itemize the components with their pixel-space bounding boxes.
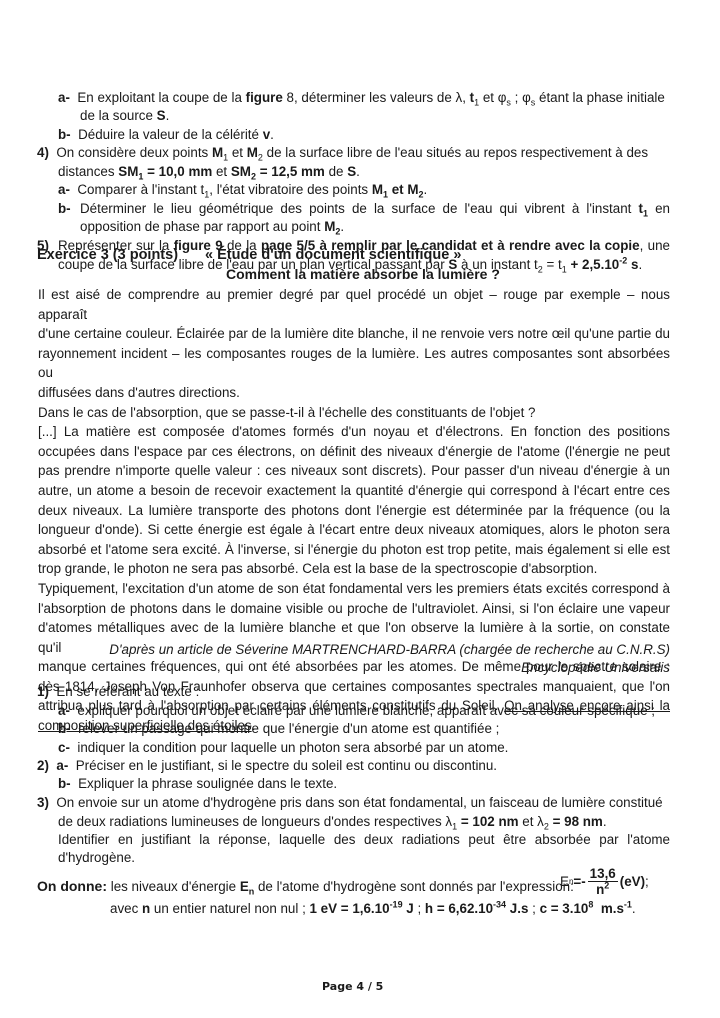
sm2: SM [231, 164, 251, 179]
q3a-text: 8, déterminer les valeurs de λ, [283, 90, 470, 105]
point-m2: et M [388, 182, 419, 197]
sm2-value: = 12,5 mm [256, 164, 325, 179]
q4b-line2: opposition de phase par rapport au point… [80, 219, 344, 234]
punct: . [632, 901, 636, 916]
paragraph2-line: absorbé et l'atome sera excité. À l'inve… [38, 540, 670, 560]
source-s: S [347, 164, 356, 179]
exercise3-title: « Étude d'un document scientifique » [205, 247, 461, 263]
q1b-label: b- [58, 721, 71, 736]
source-encyclopedia: Encyclopédie Universalis [521, 660, 670, 675]
paragraph2-line: deux niveaux. La lumière transporte des … [38, 501, 670, 521]
paragraph2-line: occupées dans l'espace par ces électrons… [38, 442, 670, 462]
q4-label: 4) [37, 145, 49, 160]
lambda2-value: = 98 nm [549, 814, 603, 829]
numerator: 13,6 [588, 866, 618, 882]
q3-line2: de deux radiations lumineuses de longueu… [58, 814, 607, 829]
punct: . [638, 257, 642, 272]
q1-label: 1) [37, 684, 49, 699]
given-text: avec [110, 901, 142, 916]
q4b-label: b- [58, 201, 80, 216]
q3a-line1: a- En exploitant la coupe de la figure 8… [58, 90, 665, 105]
q3b-label: b- [58, 127, 71, 142]
q2b-label: b- [58, 776, 71, 791]
given-text: un entier naturel non nul ; [150, 901, 309, 916]
paragraph2-line: pas prendre n'importe quelle valeur : ce… [38, 461, 670, 481]
q5-text: = t [543, 257, 562, 272]
ev-constant: 1 eV = 1,6.10 [310, 901, 390, 916]
sep: ; [528, 901, 539, 916]
q3-line3: Identifier en justifiant la réponse, laq… [58, 832, 670, 847]
q3-text: et λ [519, 814, 544, 829]
given-text: de l'atome d'hydrogène sont donnés par l… [254, 879, 574, 894]
q4a-line: a- Comparer à l'instant t1, l'état vibra… [58, 182, 427, 197]
q4-text: et [212, 164, 231, 179]
punct: . [166, 108, 170, 123]
sup: -34 [493, 900, 506, 910]
q4-text: distances [58, 164, 118, 179]
formula-lhs: E [560, 874, 569, 889]
q4-line2: distances SM1 = 10,0 mm et SM2 = 12,5 mm… [58, 164, 360, 179]
q3-label: 3) [37, 795, 49, 810]
n-var: n [142, 901, 150, 916]
formula-eq: =- [573, 874, 585, 889]
q3-line4: d'hydrogène. [58, 850, 135, 865]
q1-text: En se référant au texte : [56, 684, 199, 699]
paragraph1-line: d'une certaine couleur. Éclairée par de … [38, 324, 670, 344]
energy-formula: En =- 13,6 n2 (eV) ; [560, 866, 649, 897]
unit: J [403, 901, 414, 916]
exercise3-heading: Exercice 3 (3 points) [37, 247, 178, 263]
q1c-label: c- [58, 740, 70, 755]
q4-line1: 4) On considère deux points M1 et M2 de … [37, 145, 648, 160]
q3a-text: En exploitant la coupe de la [77, 90, 245, 105]
paragraph2-line: [...] La matière est composée d'atomes f… [38, 422, 670, 442]
paragraph1-line: diffusées dans d'autres directions. [38, 383, 670, 403]
q4b-text: Déterminer le lieu géométrique des point… [80, 201, 638, 216]
q1-line: 1) En se référant au texte : [37, 684, 199, 699]
q2b-line: b- Expliquer la phrase soulignée dans le… [58, 776, 337, 791]
q2-label: 2) [37, 758, 49, 773]
point-m1: M [212, 145, 223, 160]
q4b-text: en [648, 201, 670, 216]
punct: . [424, 182, 428, 197]
given-line1: On donne: les niveaux d'énergie En de l'… [37, 878, 574, 894]
q3a-line2: de la source S. [80, 108, 169, 123]
q3a-label: a- [58, 90, 70, 105]
paragraph2-line: autre, un atome a besoin de recevoir exa… [38, 481, 670, 501]
source-s: S [157, 108, 166, 123]
q4b-text-line1: Déterminer le lieu géométrique des point… [80, 201, 670, 216]
q4b-line1: b- Déterminer le lieu géométrique des po… [58, 201, 670, 216]
punct: . [356, 164, 360, 179]
paragraph1-line: Il est aisé de comprendre au premier deg… [38, 285, 670, 324]
formula-unit: (eV) [620, 874, 645, 889]
q3-text: Identifier en justifiant la réponse, laq… [58, 832, 670, 847]
q2b-text: Expliquer la phrase soulignée dans le te… [78, 776, 337, 791]
denominator: n2 [596, 882, 609, 897]
q3-text: On envoie sur un atome d'hydrogène pris … [56, 795, 662, 810]
unit-s: s [627, 257, 638, 272]
q4a-label: a- [58, 182, 70, 197]
paragraph3-line: Typiquement, l'excitation d'un atome de … [38, 579, 670, 599]
q1b-line: b- relever un passage qui montre que l'é… [58, 721, 499, 736]
paragraph3-line: l'absorption de photons dans le domaine … [38, 599, 670, 619]
q1a-text: expliquer pourquoi un objet éclairé par … [77, 703, 655, 718]
lambda1-value: = 102 nm [457, 814, 518, 829]
source-citation: D'après un article de Séverine MARTRENCH… [109, 642, 670, 657]
q3a-text: étant la phase initiale [535, 90, 665, 105]
planck-constant: h = 6,62.10 [425, 901, 493, 916]
q3-text: de deux radiations lumineuses de longueu… [58, 814, 452, 829]
unit: m.s [593, 901, 624, 916]
q1c-line: c- indiquer la condition pour laquelle u… [58, 740, 508, 755]
paragraph2-line: longueur d'onde). Si cette énergie est é… [38, 520, 670, 540]
point-m1: M [372, 182, 383, 197]
point-m2: M [247, 145, 258, 160]
sup: 2 [604, 881, 609, 891]
sup: -1 [624, 900, 632, 910]
q3b-line: b- Déduire la valeur de la célérité v. [58, 127, 274, 142]
q2a-line: 2) a- Préciser en le justifiant, si le s… [37, 758, 497, 773]
q4a-text: , l'état vibratoire des points [209, 182, 372, 197]
given-line2: avec n un entier naturel non nul ; 1 eV … [110, 901, 636, 916]
q4-text: de la surface libre de l'eau situés au r… [263, 145, 648, 160]
light-speed: c = 3.10 [540, 901, 589, 916]
q4b-text: opposition de phase par rapport au point [80, 219, 324, 234]
q4-text: et [228, 145, 247, 160]
q1a-line: a- expliquer pourquoi un objet éclairé p… [58, 703, 655, 718]
q1c-text: indiquer la condition pour laquelle un p… [77, 740, 508, 755]
q4-text: On considère deux points [56, 145, 212, 160]
given-label: On donne: [37, 878, 107, 894]
q1b-text: relever un passage qui montre que l'éner… [78, 721, 499, 736]
punct: . [270, 127, 274, 142]
q3b-text: Déduire la valeur de la célérité [78, 127, 263, 142]
punct: . [603, 814, 607, 829]
q4-text: de [325, 164, 347, 179]
q3a-text: ; φ [511, 90, 531, 105]
q3a-text: et φ [479, 90, 506, 105]
q3a-figure-ref: figure [246, 90, 283, 105]
punct: ; [645, 874, 649, 889]
q4a-text: Comparer à l'instant t [77, 182, 204, 197]
q5-text: , une [640, 238, 670, 253]
time-offset: + 2,5.10 [567, 257, 620, 272]
exercise3-subtitle: Comment la matière absorbe la lumière ? [226, 266, 500, 282]
q2a-label: a- [56, 758, 68, 773]
page-number: Page 4 / 5 [322, 980, 383, 993]
energy-en: E [240, 879, 249, 894]
sep: ; [414, 901, 425, 916]
q3a-text: de la source [80, 108, 157, 123]
paragraph2-line: trop grande, le photon ne sera pas absor… [38, 559, 670, 579]
unit: J.s [506, 901, 528, 916]
punct: . [340, 219, 344, 234]
q1a-label: a- [58, 703, 70, 718]
sm1: SM [118, 164, 138, 179]
paragraph1-line: rayonnement incident – les composantes r… [38, 344, 670, 383]
given-text: les niveaux d'énergie [107, 879, 240, 894]
point-m2: M [324, 219, 335, 234]
sup: -19 [390, 900, 403, 910]
fraction: 13,6 n2 [588, 866, 618, 897]
q3-line1: 3) On envoie sur un atome d'hydrogène pr… [37, 795, 663, 810]
question-line: Dans le cas de l'absorption, que se pass… [38, 403, 670, 423]
sm1-value: = 10,0 mm [143, 164, 212, 179]
q2a-text: Préciser en le justifiant, si le spectre… [76, 758, 497, 773]
